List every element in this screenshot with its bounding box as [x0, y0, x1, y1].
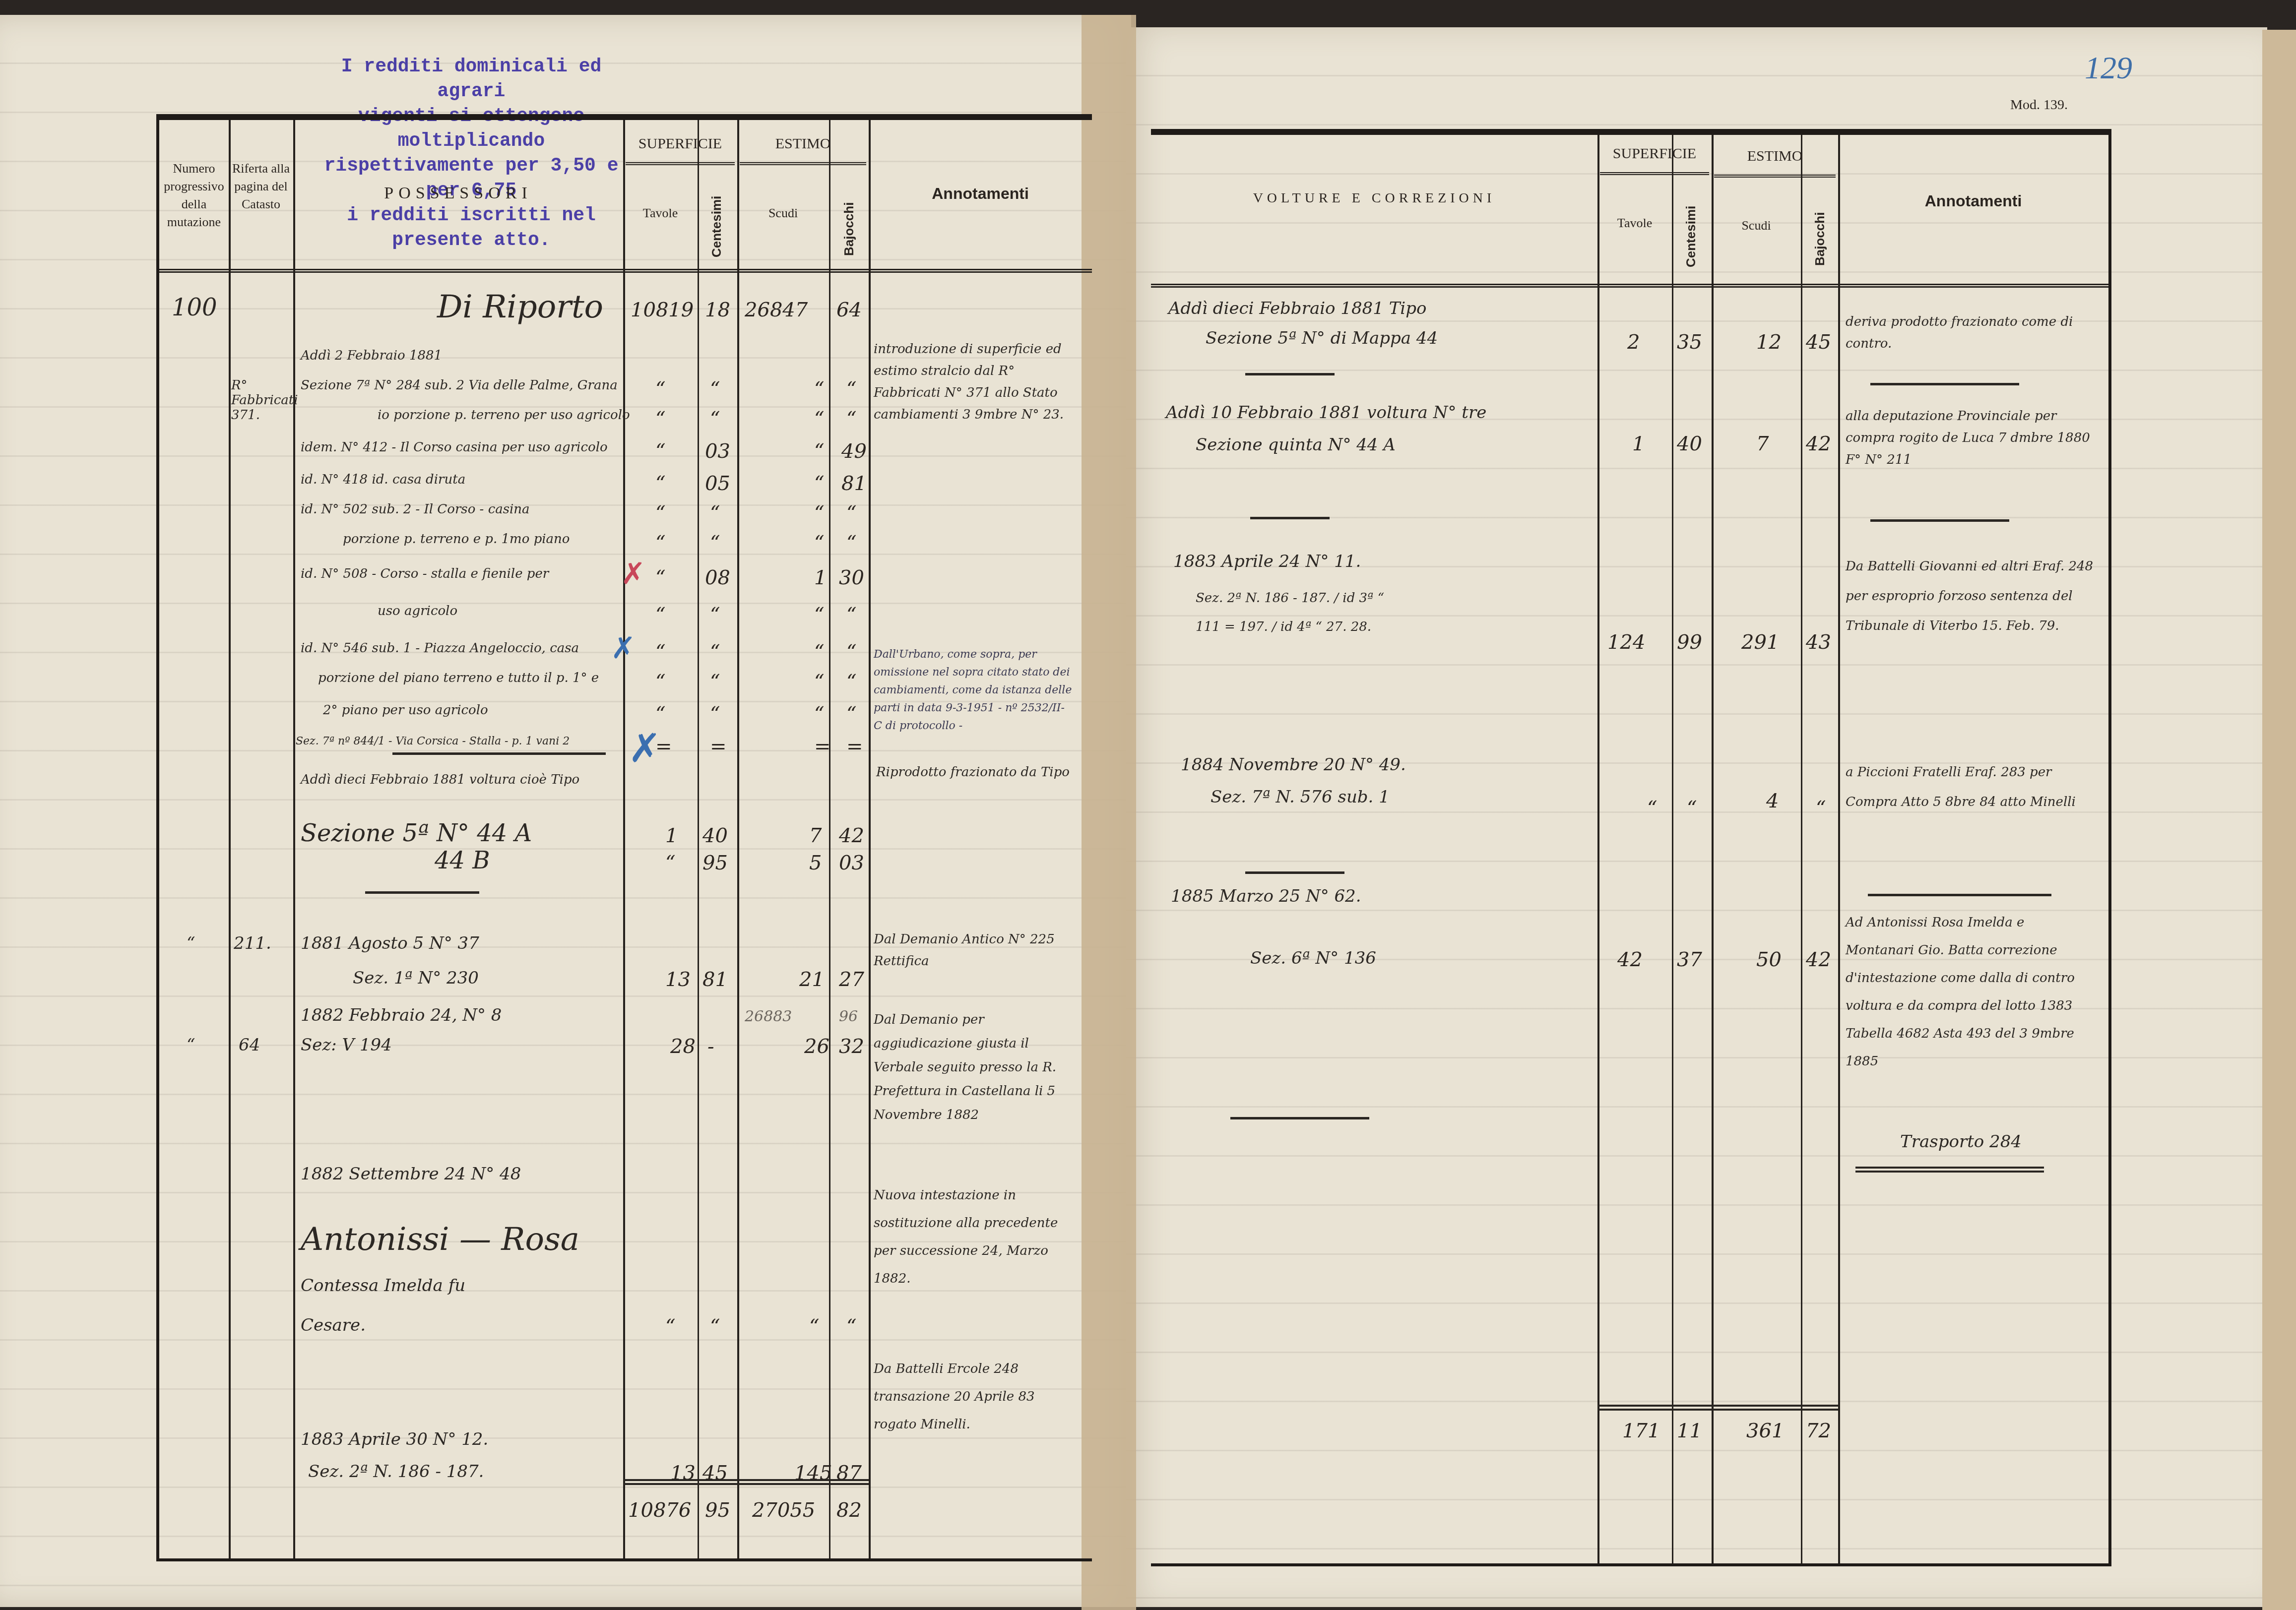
voltura-bajocchi: 42 [1806, 433, 1831, 455]
entry-scudi: “ [814, 378, 824, 401]
entry-text: 1881 Agosto 5 N° 37 [301, 933, 479, 953]
entry-text: Sez: V 194 [301, 1035, 392, 1055]
entry-centesimi: “ [710, 671, 720, 693]
stamp-line: I redditi dominicali ed agrari [318, 55, 625, 104]
header-rule [159, 269, 1092, 273]
voltura-bajocchi: 45 [1806, 331, 1831, 354]
header-subrule [740, 162, 866, 165]
entry-tavole: “ [655, 440, 665, 463]
entry-text: 44 B [435, 847, 490, 874]
entry-tavole: “ [665, 1315, 675, 1338]
entry-bajocchi: = [846, 735, 863, 758]
entry-centesimi: “ [710, 408, 720, 431]
underline [1245, 373, 1335, 375]
voltura-sub: Sez. 6ª N° 136 [1250, 948, 1376, 968]
entry-centesimi: “ [710, 604, 720, 626]
entry-scudi: 1 [814, 566, 827, 589]
total-tavole: 171 [1622, 1420, 1660, 1442]
entry-scudi: 21 [799, 968, 825, 991]
entry-bajocchi: 27 [839, 968, 864, 991]
header-annotamenti: Annotamenti [869, 185, 1092, 202]
total-centesimi: 95 [705, 1499, 730, 1522]
entry-tavole: 10819 [631, 299, 694, 321]
entry-bajocchi: 30 [839, 566, 864, 589]
entry-text: 1882 Febbraio 24, N° 8 [301, 1005, 502, 1025]
total-scudi: 27055 [752, 1499, 815, 1522]
entry-tavole: “ [665, 852, 675, 874]
voltura-tavole: 42 [1617, 948, 1643, 971]
underline [1870, 519, 2009, 522]
entry-numero: “ [187, 933, 195, 953]
annotation: Da Battelli Ercole 248 transazione 20 Ap… [874, 1355, 1062, 1438]
entry-scudi: “ [814, 703, 824, 726]
entry-bajocchi: “ [846, 641, 856, 664]
entry-scudi: 5 [809, 852, 822, 874]
entry-numero: “ [187, 1035, 195, 1055]
entry-scudi: “ [814, 532, 824, 555]
entry-centesimi: “ [710, 532, 720, 555]
page-edge [2262, 30, 2296, 1610]
annotation: Dal Demanio per aggiudicazione giusta il… [874, 1008, 1062, 1127]
underline [1230, 1117, 1369, 1119]
entry-centesimi: 95 [702, 852, 728, 874]
entry-bajocchi: “ [846, 671, 856, 693]
voltura-note: deriva prodotto frazionato come di contr… [1846, 311, 2094, 355]
entry-scudi: 26 [804, 1035, 829, 1058]
voltura-centesimi: 40 [1677, 433, 1702, 455]
header-centesimi: Centesimi [1682, 204, 1700, 269]
totals-rule [1597, 1405, 1838, 1411]
col-divider [1672, 135, 1673, 1563]
underline [1245, 871, 1344, 874]
entry-tavole: 28 [670, 1035, 696, 1058]
voltura-centesimi: 99 [1677, 631, 1702, 654]
entry-scudi: 26847 [745, 299, 808, 321]
voltura-sub: Sez. 2ª N. 186 - 187. / id 3ª “ 111 = 19… [1196, 584, 1404, 641]
entry-tavole: “ [655, 532, 665, 555]
total-bajocchi: 82 [836, 1499, 862, 1522]
entry-bajocchi: 49 [841, 440, 867, 463]
entry-tavole: 13 [665, 968, 691, 991]
voltura-sub: Sez. 7ª N. 576 sub. 1 [1211, 787, 1390, 807]
entry-text: io porzione p. terreno per uso agricolo [378, 408, 630, 423]
entry-tavole: “ [655, 641, 665, 664]
entry-tavole: “ [655, 671, 665, 693]
entry-owner-name: Antonissi — Rosa [301, 1221, 579, 1258]
entry-text: 1883 Aprile 30 N° 12. [301, 1429, 488, 1449]
entry-text: 2° piano per uso agricolo [323, 703, 488, 718]
annotation: Nuova intestazione in sostituzione alla … [874, 1181, 1062, 1293]
entry-bajocchi: “ [846, 378, 856, 401]
voltura-tavole: 2 [1627, 331, 1640, 354]
total-scudi: 361 [1746, 1420, 1784, 1442]
entry-tavole: = [655, 735, 672, 758]
entry-text: Cesare. [301, 1315, 366, 1335]
voltura-sub: Sezione 5ª N° di Mappa 44 [1206, 328, 1438, 348]
total-bajocchi: 72 [1806, 1420, 1831, 1442]
header-possessori: POSSESSORI [293, 185, 623, 202]
voltura-note: a Piccioni Fratelli Eraf. 283 per Compra… [1846, 757, 2094, 817]
entry-text: Contessa Imelda fu [301, 1276, 465, 1296]
entry-centesimi: 81 [702, 968, 728, 991]
col-divider [829, 120, 830, 1558]
totals-rule [623, 1479, 869, 1485]
entry-riferta: 64 [239, 1035, 260, 1055]
entry-text: Sezione 5ª N° 44 A [301, 819, 532, 847]
entry-scudi: “ [814, 440, 824, 463]
entry-text: id. N° 508 - Corso - stalla e fienile pe… [301, 566, 549, 581]
voltura-bajocchi: 43 [1806, 631, 1831, 654]
entry-text: Sez. 2ª N. 186 - 187. [308, 1462, 484, 1482]
voltura-scudi: 291 [1741, 631, 1779, 654]
entry-bajocchi: “ [846, 1315, 856, 1338]
annotation: Dal Demanio Antico N° 225 Rettifica [874, 929, 1062, 972]
entry-tavole: 1 [665, 824, 678, 847]
entry-text: id. N° 546 sub. 1 - Piazza Angeloccio, c… [301, 641, 579, 656]
entry-bajocchi: “ [846, 408, 856, 431]
annotation: introduzione di superficie ed estimo str… [874, 338, 1072, 426]
transfer-rule [1855, 1167, 2044, 1173]
header-tavole: Tavole [1597, 214, 1672, 232]
entry-scudi: “ [814, 472, 824, 495]
entry-centesimi: - [707, 1035, 714, 1058]
voltura-text: 1883 Aprile 24 N° 11. [1173, 552, 1361, 571]
col-divider [1712, 135, 1714, 1563]
entry-scudi: “ [814, 641, 824, 664]
voltura-tavole: 1 [1632, 433, 1645, 455]
entry-bajocchi: 32 [839, 1035, 864, 1058]
col-divider [1801, 135, 1802, 1563]
entry-scudi: “ [814, 502, 824, 525]
entry-bajocchi: “ [846, 703, 856, 726]
entry-bajocchi: 81 [841, 472, 867, 495]
voltura-tavole: 124 [1607, 631, 1645, 654]
entry-bajocchi: “ [846, 604, 856, 626]
col-divider [869, 120, 871, 1558]
entry-text: porzione p. terreno e p. 1mo piano [343, 532, 570, 547]
header-subrule [626, 162, 735, 165]
entry-text: uso agricolo [378, 604, 457, 619]
voltura-scudi: 4 [1766, 790, 1779, 812]
header-superficie: SUPERFICIE [623, 135, 737, 153]
header-bajocchi: Bajocchi [1811, 209, 1829, 269]
voltura-note: Da Battelli Giovanni ed altri Eraf. 248 … [1846, 552, 2094, 641]
underline [365, 891, 479, 894]
entry-text: porzione del piano terreno e tutto il p.… [318, 671, 599, 685]
entry-tavole: “ [655, 502, 665, 525]
voltura-text: 1885 Marzo 25 N° 62. [1171, 886, 1361, 906]
entry-centesimi: = [710, 735, 727, 758]
blue-x-mark: ✗ [611, 631, 636, 666]
entry-scudi: “ [809, 1315, 819, 1338]
col-divider [229, 120, 231, 1558]
voltura-note: Ad Antonissi Rosa Imelda e Montanari Gio… [1846, 909, 2094, 1075]
voltura-text: Addì dieci Febbraio 1881 Tipo [1168, 299, 1426, 318]
underline [1250, 517, 1330, 519]
header-scudi: Scudi [737, 204, 829, 222]
header-numero: Numero progressivo della mutazione [159, 160, 229, 231]
left-register-table: Numero progressivo della mutazione Rifer… [156, 114, 1092, 1561]
entry-tavole: “ [655, 703, 665, 726]
entry-scudi: “ [814, 671, 824, 693]
header-centesimi: Centesimi [707, 194, 725, 259]
header-subrule [1714, 175, 1836, 178]
total-tavole: 10876 [628, 1499, 691, 1522]
entry-tavole: “ [655, 408, 665, 431]
entry-text: Addì 2 Febbraio 1881 [301, 348, 442, 363]
header-estimo: ESTIMO [1712, 147, 1838, 165]
underline [1868, 894, 2051, 896]
voltura-note: alla deputazione Provinciale per compra … [1846, 405, 2094, 471]
underline [392, 752, 606, 755]
header-subrule [1600, 172, 1709, 175]
header-volture: VOLTURE E CORREZIONI [1151, 189, 1597, 207]
entry-riferta: 211. [234, 933, 271, 953]
col-divider [737, 120, 739, 1558]
voltura-text: Addì 10 Febbraio 1881 voltura N° tre [1166, 403, 1486, 423]
voltura-bajocchi: 42 [1806, 948, 1831, 971]
col-divider [623, 120, 625, 1558]
col-divider [1838, 135, 1840, 1563]
model-label: Mod. 139. [2010, 97, 2068, 113]
entry-text: id. N° 418 id. casa diruta [301, 472, 465, 487]
col-divider [293, 120, 295, 1558]
entry-scudi: “ [814, 604, 824, 626]
entry-bajocchi: 42 [839, 824, 864, 847]
entry-tavole: “ [655, 604, 665, 626]
entry-bajocchi: 03 [839, 852, 864, 874]
voltura-centesimi: 37 [1677, 948, 1702, 971]
total-centesimi: 11 [1677, 1420, 1702, 1442]
col-divider [698, 120, 699, 1558]
entry-tavole: “ [655, 378, 665, 401]
voltura-tavole: “ [1647, 797, 1657, 820]
entry-text: id. N° 502 sub. 2 - Il Corso - casina [301, 502, 530, 517]
red-x-mark: ✗ [621, 557, 645, 591]
entry-scudi: = [814, 735, 831, 758]
right-register-table: VOLTURE E CORREZIONI SUPERFICIE Tavole C… [1151, 129, 2111, 1566]
underline [1870, 383, 2019, 385]
header-tavole: Tavole [623, 204, 698, 222]
voltura-centesimi: “ [1687, 797, 1697, 820]
entry-bajocchi: 64 [836, 299, 862, 321]
entry-centesimi: “ [710, 502, 720, 525]
entry-centesimi: 08 [705, 566, 730, 589]
entry-scudi-pencil: 26883 [745, 1008, 792, 1025]
voltura-scudi: 50 [1756, 948, 1782, 971]
entry-text: Sezione 7ª N° 284 sub. 2 Via delle Palme… [301, 378, 618, 393]
entry-centesimi: “ [710, 703, 720, 726]
header-annotamenti: Annotamenti [1838, 192, 2108, 210]
voltura-text: 1884 Novembre 20 N° 49. [1181, 755, 1406, 775]
entry-text: Sez. 7ª nº 844/1 - Via Corsica - Stalla … [296, 735, 570, 747]
entry-centesimi: 18 [705, 299, 730, 321]
entry-scudi: “ [814, 408, 824, 431]
voltura-bajocchi: “ [1816, 797, 1826, 820]
entry-text: Di Riporto [437, 289, 603, 325]
transfer-note: Trasporto 284 [1900, 1132, 2022, 1152]
entry-bajocchi: “ [846, 502, 856, 525]
voltura-sub: Sezione quinta N° 44 A [1196, 435, 1396, 455]
header-riferta: Riferta alla pagina del Catasto [229, 160, 293, 213]
header-superficie: SUPERFICIE [1597, 145, 1712, 163]
entry-centesimi: 03 [705, 440, 730, 463]
entry-numero: 100 [172, 294, 217, 321]
entry-centesimi: “ [710, 641, 720, 664]
header-scudi: Scudi [1712, 217, 1801, 235]
entry-text: 1882 Settembre 24 N° 48 [301, 1164, 521, 1184]
annotation: Dall'Urbano, come sopra, per omissione n… [874, 646, 1072, 735]
entry-scudi: 7 [809, 824, 822, 847]
entry-bajocchi-pencil: 96 [839, 1008, 858, 1025]
header-bajocchi: Bajocchi [840, 199, 858, 259]
entry-text: Sez. 1ª N° 230 [353, 968, 479, 988]
entry-bajocchi: “ [846, 532, 856, 555]
entry-centesimi: “ [710, 1315, 720, 1338]
entry-centesimi: “ [710, 378, 720, 401]
entry-centesimi: 05 [705, 472, 730, 495]
header-estimo: ESTIMO [737, 135, 869, 153]
header-rule [1151, 284, 2108, 288]
entry-text: idem. N° 412 - Il Corso casina per uso a… [301, 440, 608, 455]
voltura-centesimi: 35 [1677, 331, 1702, 354]
entry-riferta: R° Fabbricati 371. [231, 378, 291, 423]
entry-text: Addì dieci Febbraio 1881 voltura cioè Ti… [301, 772, 579, 787]
entry-centesimi: 40 [702, 824, 728, 847]
col-divider [1597, 135, 1599, 1563]
entry-tavole: “ [655, 472, 665, 495]
page-number: 129 [2085, 50, 2132, 86]
annotation: Riprodotto frazionato da Tipo [876, 765, 1075, 780]
voltura-scudi: 7 [1756, 433, 1769, 455]
voltura-scudi: 12 [1756, 331, 1782, 354]
entry-tavole: “ [655, 566, 665, 589]
